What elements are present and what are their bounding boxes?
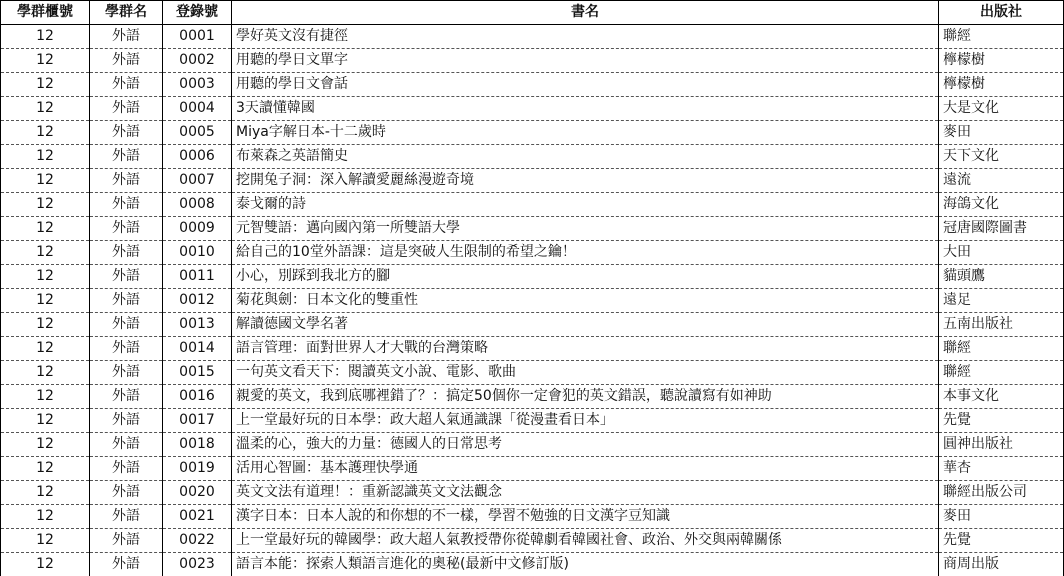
group-name-cell: 外語 (90, 313, 163, 337)
group-no-cell: 12 (1, 457, 90, 481)
reg-no-cell: 0002 (163, 49, 232, 73)
reg-no-cell: 0007 (163, 169, 232, 193)
reg-no-cell: 0013 (163, 313, 232, 337)
group-no-cell: 12 (1, 313, 90, 337)
title-cell: 上一堂最好玩的日本學：政大超人氣通識課「從漫畫看日本」 (232, 409, 939, 433)
group-no-cell: 12 (1, 241, 90, 265)
group-name-cell: 外語 (90, 265, 163, 289)
table-row: 12外語0005Miya字解日本-十二歲時麥田 (1, 121, 1064, 145)
publisher-cell: 遠足 (939, 289, 1064, 313)
header-title: 書名 (232, 1, 939, 25)
group-name-cell: 外語 (90, 25, 163, 49)
publisher-cell: 先覺 (939, 529, 1064, 553)
reg-no-cell: 0010 (163, 241, 232, 265)
group-name-cell: 外語 (90, 289, 163, 313)
group-no-cell: 12 (1, 409, 90, 433)
group-no-cell: 12 (1, 553, 90, 576)
group-name-cell: 外語 (90, 217, 163, 241)
reg-no-cell: 0011 (163, 265, 232, 289)
group-name-cell: 外語 (90, 73, 163, 97)
table-row: 12外語0017上一堂最好玩的日本學：政大超人氣通識課「從漫畫看日本」先覺 (1, 409, 1064, 433)
publisher-cell: 遠流 (939, 169, 1064, 193)
group-no-cell: 12 (1, 49, 90, 73)
reg-no-cell: 0001 (163, 25, 232, 49)
group-no-cell: 12 (1, 265, 90, 289)
publisher-cell: 聯經 (939, 25, 1064, 49)
group-no-cell: 12 (1, 97, 90, 121)
reg-no-cell: 0017 (163, 409, 232, 433)
group-no-cell: 12 (1, 289, 90, 313)
reg-no-cell: 0009 (163, 217, 232, 241)
publisher-cell: 先覺 (939, 409, 1064, 433)
group-name-cell: 外語 (90, 49, 163, 73)
title-cell: 元智雙語：邁向國內第一所雙語大學 (232, 217, 939, 241)
group-name-cell: 外語 (90, 505, 163, 529)
reg-no-cell: 0008 (163, 193, 232, 217)
title-cell: 學好英文沒有捷徑 (232, 25, 939, 49)
reg-no-cell: 0014 (163, 337, 232, 361)
table-row: 12外語0012菊花與劍：日本文化的雙重性遠足 (1, 289, 1064, 313)
table-row: 12外語0019活用心智圖：基本護理快學通華杏 (1, 457, 1064, 481)
group-no-cell: 12 (1, 337, 90, 361)
group-no-cell: 12 (1, 529, 90, 553)
reg-no-cell: 0006 (163, 145, 232, 169)
group-name-cell: 外語 (90, 553, 163, 576)
publisher-cell: 商周出版 (939, 553, 1064, 576)
table-row: 12外語0016親愛的英文，我到底哪裡錯了？：搞定50個你一定會犯的英文錯誤，聽… (1, 385, 1064, 409)
reg-no-cell: 0016 (163, 385, 232, 409)
title-cell: 3天讀懂韓國 (232, 97, 939, 121)
reg-no-cell: 0004 (163, 97, 232, 121)
title-cell: 英文文法有道理！：重新認識英文文法觀念 (232, 481, 939, 505)
title-cell: 泰戈爾的詩 (232, 193, 939, 217)
group-no-cell: 12 (1, 385, 90, 409)
group-no-cell: 12 (1, 481, 90, 505)
group-no-cell: 12 (1, 217, 90, 241)
publisher-cell: 天下文化 (939, 145, 1064, 169)
reg-no-cell: 0019 (163, 457, 232, 481)
publisher-cell: 貓頭鷹 (939, 265, 1064, 289)
title-cell: 菊花與劍：日本文化的雙重性 (232, 289, 939, 313)
title-cell: 活用心智圖：基本護理快學通 (232, 457, 939, 481)
header-group-name: 學群名 (90, 1, 163, 25)
group-no-cell: 12 (1, 145, 90, 169)
reg-no-cell: 0020 (163, 481, 232, 505)
header-row: 學群櫃號 學群名 登錄號 書名 出版社 (1, 1, 1064, 25)
group-no-cell: 12 (1, 25, 90, 49)
publisher-cell: 大是文化 (939, 97, 1064, 121)
table-row: 12外語0021漢字日本：日本人說的和你想的不一樣，學習不勉強的日文漢字豆知識麥… (1, 505, 1064, 529)
publisher-cell: 五南出版社 (939, 313, 1064, 337)
group-name-cell: 外語 (90, 337, 163, 361)
title-cell: 一句英文看天下：閱讀英文小說、電影、歌曲 (232, 361, 939, 385)
reg-no-cell: 0018 (163, 433, 232, 457)
header-group-no: 學群櫃號 (1, 1, 90, 25)
table-row: 12外語0001學好英文沒有捷徑聯經 (1, 25, 1064, 49)
table-row: 12外語0020英文文法有道理！：重新認識英文文法觀念聯經出版公司 (1, 481, 1064, 505)
title-cell: 漢字日本：日本人說的和你想的不一樣，學習不勉強的日文漢字豆知識 (232, 505, 939, 529)
title-cell: 用聽的學日文單字 (232, 49, 939, 73)
publisher-cell: 大田 (939, 241, 1064, 265)
title-cell: 親愛的英文，我到底哪裡錯了？：搞定50個你一定會犯的英文錯誤，聽說讀寫有如神助 (232, 385, 939, 409)
table-row: 12外語0010給自己的10堂外語課：這是突破人生限制的希望之鑰！大田 (1, 241, 1064, 265)
title-cell: 溫柔的心，強大的力量：德國人的日常思考 (232, 433, 939, 457)
group-no-cell: 12 (1, 169, 90, 193)
title-cell: 小心，別踩到我北方的腳 (232, 265, 939, 289)
reg-no-cell: 0021 (163, 505, 232, 529)
title-cell: 上一堂最好玩的韓國學：政大超人氣教授帶你從韓劇看韓國社會、政治、外交與兩韓關係 (232, 529, 939, 553)
title-cell: 布萊森之英語簡史 (232, 145, 939, 169)
table-row: 12外語00043天讀懂韓國大是文化 (1, 97, 1064, 121)
title-cell: 語言本能：探索人類語言進化的奧秘(最新中文修訂版) (232, 553, 939, 576)
reg-no-cell: 0003 (163, 73, 232, 97)
table-row: 12外語0007挖開兔子洞：深入解讀愛麗絲漫遊奇境遠流 (1, 169, 1064, 193)
group-name-cell: 外語 (90, 433, 163, 457)
table-row: 12外語0009元智雙語：邁向國內第一所雙語大學冠唐國際圖書 (1, 217, 1064, 241)
publisher-cell: 圓神出版社 (939, 433, 1064, 457)
group-no-cell: 12 (1, 433, 90, 457)
group-name-cell: 外語 (90, 529, 163, 553)
reg-no-cell: 0022 (163, 529, 232, 553)
table-row: 12外語0008泰戈爾的詩海鴿文化 (1, 193, 1064, 217)
publisher-cell: 麥田 (939, 121, 1064, 145)
publisher-cell: 聯經 (939, 361, 1064, 385)
title-cell: Miya字解日本-十二歲時 (232, 121, 939, 145)
reg-no-cell: 0015 (163, 361, 232, 385)
group-no-cell: 12 (1, 505, 90, 529)
table-row: 12外語0022上一堂最好玩的韓國學：政大超人氣教授帶你從韓劇看韓國社會、政治、… (1, 529, 1064, 553)
title-cell: 語言管理：面對世界人才大戰的台灣策略 (232, 337, 939, 361)
title-cell: 用聽的學日文會話 (232, 73, 939, 97)
book-list-table: 學群櫃號 學群名 登錄號 書名 出版社 12外語0001學好英文沒有捷徑聯經12… (0, 0, 1064, 576)
publisher-cell: 冠唐國際圖書 (939, 217, 1064, 241)
table-row: 12外語0006布萊森之英語簡史天下文化 (1, 145, 1064, 169)
publisher-cell: 海鴿文化 (939, 193, 1064, 217)
group-name-cell: 外語 (90, 241, 163, 265)
group-name-cell: 外語 (90, 193, 163, 217)
group-no-cell: 12 (1, 361, 90, 385)
table-row: 12外語0023語言本能：探索人類語言進化的奧秘(最新中文修訂版)商周出版 (1, 553, 1064, 576)
publisher-cell: 本事文化 (939, 385, 1064, 409)
title-cell: 解讀德國文學名著 (232, 313, 939, 337)
table-row: 12外語0014語言管理：面對世界人才大戰的台灣策略聯經 (1, 337, 1064, 361)
group-no-cell: 12 (1, 73, 90, 97)
reg-no-cell: 0023 (163, 553, 232, 576)
group-name-cell: 外語 (90, 481, 163, 505)
table-row: 12外語0015一句英文看天下：閱讀英文小說、電影、歌曲聯經 (1, 361, 1064, 385)
header-publisher: 出版社 (939, 1, 1064, 25)
group-name-cell: 外語 (90, 121, 163, 145)
group-name-cell: 外語 (90, 385, 163, 409)
group-name-cell: 外語 (90, 145, 163, 169)
group-name-cell: 外語 (90, 361, 163, 385)
publisher-cell: 聯經出版公司 (939, 481, 1064, 505)
group-name-cell: 外語 (90, 409, 163, 433)
group-no-cell: 12 (1, 193, 90, 217)
table-row: 12外語0018溫柔的心，強大的力量：德國人的日常思考圓神出版社 (1, 433, 1064, 457)
publisher-cell: 聯經 (939, 337, 1064, 361)
title-cell: 挖開兔子洞：深入解讀愛麗絲漫遊奇境 (232, 169, 939, 193)
reg-no-cell: 0005 (163, 121, 232, 145)
group-name-cell: 外語 (90, 97, 163, 121)
table-row: 12外語0013解讀德國文學名著五南出版社 (1, 313, 1064, 337)
title-cell: 給自己的10堂外語課：這是突破人生限制的希望之鑰！ (232, 241, 939, 265)
table-row: 12外語0011小心，別踩到我北方的腳貓頭鷹 (1, 265, 1064, 289)
group-name-cell: 外語 (90, 169, 163, 193)
publisher-cell: 檸檬樹 (939, 49, 1064, 73)
publisher-cell: 華杏 (939, 457, 1064, 481)
publisher-cell: 麥田 (939, 505, 1064, 529)
publisher-cell: 檸檬樹 (939, 73, 1064, 97)
group-no-cell: 12 (1, 121, 90, 145)
table-row: 12外語0003用聽的學日文會話檸檬樹 (1, 73, 1064, 97)
header-reg-no: 登錄號 (163, 1, 232, 25)
group-name-cell: 外語 (90, 457, 163, 481)
reg-no-cell: 0012 (163, 289, 232, 313)
table-row: 12外語0002用聽的學日文單字檸檬樹 (1, 49, 1064, 73)
